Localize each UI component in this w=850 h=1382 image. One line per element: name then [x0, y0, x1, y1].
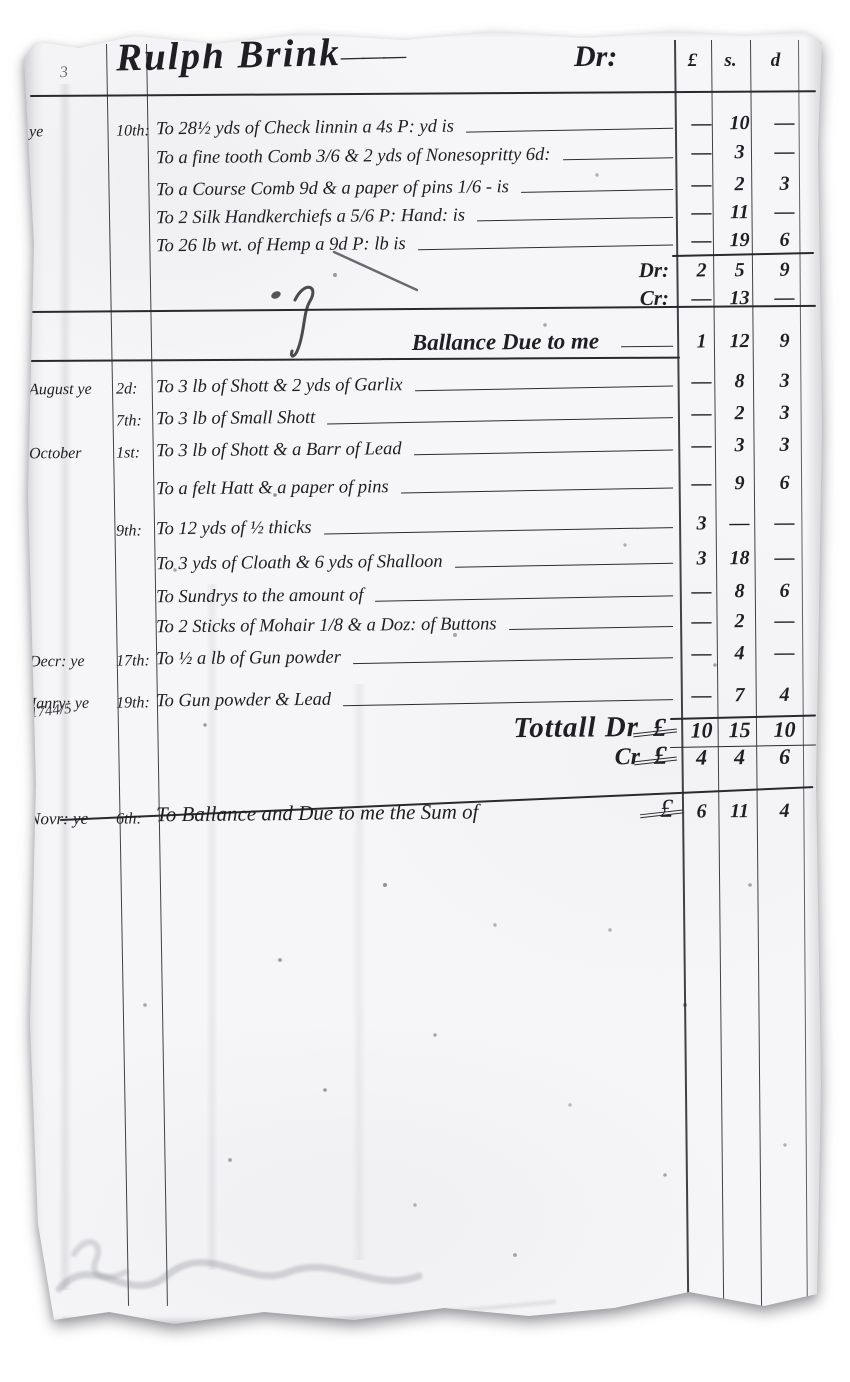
entry-pence: 3 — [759, 434, 810, 457]
entries-section-2: August ye 2d: To 3 lb of Shott & 2 yds o… — [24, 24, 822, 1350]
final-text: To Ballance and Due to me the Sum of — [156, 799, 479, 827]
entry-pence: 6 — [759, 472, 810, 495]
entry-day: 17th: — [111, 652, 156, 670]
entry-day: 2d: — [111, 380, 156, 398]
ledger-entry-row: To 2 Sticks of Mohair 1/8 & a Doz: of Bu… — [24, 603, 810, 640]
ledger-entry-row: August ye 2d: To 3 lb of Shott & 2 yds o… — [24, 363, 810, 400]
entry-shillings: — — [720, 512, 759, 535]
entry-pounds: 3 — [683, 512, 720, 535]
leader-line — [455, 563, 673, 568]
leader-line — [324, 527, 673, 534]
entry-shillings: 8 — [720, 580, 759, 603]
entry-description: To 3 lb of Small Shott — [156, 405, 683, 431]
entry-month: Decr: ye — [24, 653, 111, 672]
entry-month — [24, 639, 111, 640]
entry-pounds: — — [683, 434, 720, 457]
entry-month — [24, 501, 111, 502]
leader-line — [376, 595, 673, 601]
final-shillings: 11 — [720, 800, 759, 823]
entry-description: To 12 yds of ½ thicks — [156, 515, 683, 541]
ledger-entry-row: To 3 yds of Cloath & 6 yds of Shalloon 3… — [24, 540, 810, 577]
final-balance-row: Novr: ye 6th: To Ballance and Due to me … — [24, 789, 810, 830]
leader-line — [343, 699, 673, 706]
final-description: To Ballance and Due to me the Sum of £ — [156, 794, 683, 829]
leader-line — [327, 417, 673, 424]
entry-pounds: — — [683, 472, 720, 495]
total-credit-text: Cr — [615, 744, 641, 770]
entry-shillings: 2 — [720, 402, 759, 425]
entry-pence: 6 — [759, 580, 810, 603]
pound-sign-flourish: £ — [639, 713, 677, 743]
entry-description: To 3 lb of Shott & a Barr of Lead — [156, 437, 683, 463]
leader-line — [509, 626, 673, 630]
entry-pounds: — — [683, 684, 720, 707]
entry-shillings: 8 — [720, 370, 759, 393]
entry-pence: — — [759, 610, 810, 633]
entry-text: To 3 lb of Shott & 2 yds of Garlix — [156, 375, 403, 398]
entry-pounds: — — [683, 370, 720, 393]
entry-month: August ye — [24, 381, 111, 400]
pound-sign-flourish: £ — [640, 741, 677, 771]
final-day: 6th: — [111, 810, 156, 828]
entry-day: 1st: — [111, 444, 156, 462]
final-month: Novr: ye — [24, 809, 111, 830]
leader-line — [415, 386, 673, 392]
total-credit-shillings: 4 — [720, 744, 759, 770]
entry-month — [24, 431, 111, 432]
leader-line — [353, 657, 673, 664]
paper-shadow-wrap: 3 Rulph Brink——— Dr: £ s. d ye 10th: To … — [0, 0, 850, 1382]
paper-torn-bottom-shadow — [24, 1314, 822, 1350]
entry-shillings: 4 — [720, 642, 759, 665]
total-debit-text: Tottall Dr — [513, 711, 639, 744]
entry-text: To 3 lb of Small Shott — [156, 408, 315, 430]
entry-shillings: 18 — [720, 547, 759, 570]
entry-pounds: — — [683, 610, 720, 633]
ledger-page: 3 Rulph Brink——— Dr: £ s. d ye 10th: To … — [24, 24, 822, 1350]
ledger-entry-row: 9th: To 12 yds of ½ thicks 3 — — — [24, 505, 810, 542]
entry-day: 7th: — [111, 412, 156, 430]
entry-shillings: 9 — [720, 472, 759, 495]
entry-description: To 3 lb of Shott & 2 yds of Garlix — [156, 373, 683, 399]
entry-pence: 3 — [759, 370, 810, 393]
entry-shillings: 3 — [720, 434, 759, 457]
ledger-entry-row: 7th: To 3 lb of Small Shott — 2 3 — [24, 395, 810, 432]
entry-description: To 3 yds of Cloath & 6 yds of Shalloon — [156, 550, 683, 576]
entry-month — [24, 541, 111, 542]
ledger-entry-row: To a felt Hatt & a paper of pins — 9 6 — [24, 465, 810, 502]
entry-month: October — [24, 445, 111, 464]
entry-pounds: — — [683, 402, 720, 425]
ledger-entry-row: Decr: ye 17th: To ½ a lb of Gun powder —… — [24, 635, 810, 672]
entry-description: To ½ a lb of Gun powder — [156, 645, 683, 671]
entry-text: To a felt Hatt & a paper of pins — [156, 477, 389, 500]
entry-month — [24, 576, 111, 577]
pound-sign-flourish: £ — [646, 794, 683, 824]
entry-pounds: 3 — [683, 547, 720, 570]
entry-text: To 3 yds of Cloath & 6 yds of Shalloon — [156, 552, 443, 576]
paper-torn-bottom-shadow-2 — [24, 1314, 503, 1338]
entry-description: To a felt Hatt & a paper of pins — [156, 475, 683, 501]
entry-text: To Sundrys to the amount of — [156, 585, 364, 608]
ledger-entry-row: October 1st: To 3 lb of Shott & a Barr o… — [24, 427, 810, 464]
entry-pence: — — [759, 547, 810, 570]
entry-pounds: — — [683, 580, 720, 603]
entry-description: To 2 Sticks of Mohair 1/8 & a Doz: of Bu… — [156, 613, 683, 639]
final-pounds: 6 — [683, 800, 720, 823]
total-credit-label: Cr£ — [24, 741, 683, 777]
leader-line — [401, 487, 673, 493]
entry-shillings: 7 — [720, 684, 759, 707]
entry-pence: — — [759, 642, 810, 665]
leader-line — [414, 450, 673, 456]
entry-text: To 2 Sticks of Mohair 1/8 & a Doz: of Bu… — [156, 614, 497, 638]
entry-shillings: 2 — [720, 610, 759, 633]
entry-text: To 3 lb of Shott & a Barr of Lead — [156, 439, 402, 462]
final-pence: 4 — [759, 800, 810, 823]
entry-pence: 3 — [759, 402, 810, 425]
total-credit-pence: 6 — [759, 744, 810, 770]
ink-specks — [24, 24, 26, 26]
scan-background: 3 Rulph Brink——— Dr: £ s. d ye 10th: To … — [0, 0, 850, 1382]
entry-pounds: — — [683, 642, 720, 665]
entry-pence: 4 — [759, 684, 810, 707]
entry-day: 9th: — [111, 522, 156, 540]
entry-pence: — — [759, 512, 810, 535]
entry-text: To 12 yds of ½ thicks — [156, 518, 312, 540]
entry-text: To ½ a lb of Gun powder — [156, 648, 341, 671]
total-credit-pounds: 4 — [683, 744, 720, 770]
